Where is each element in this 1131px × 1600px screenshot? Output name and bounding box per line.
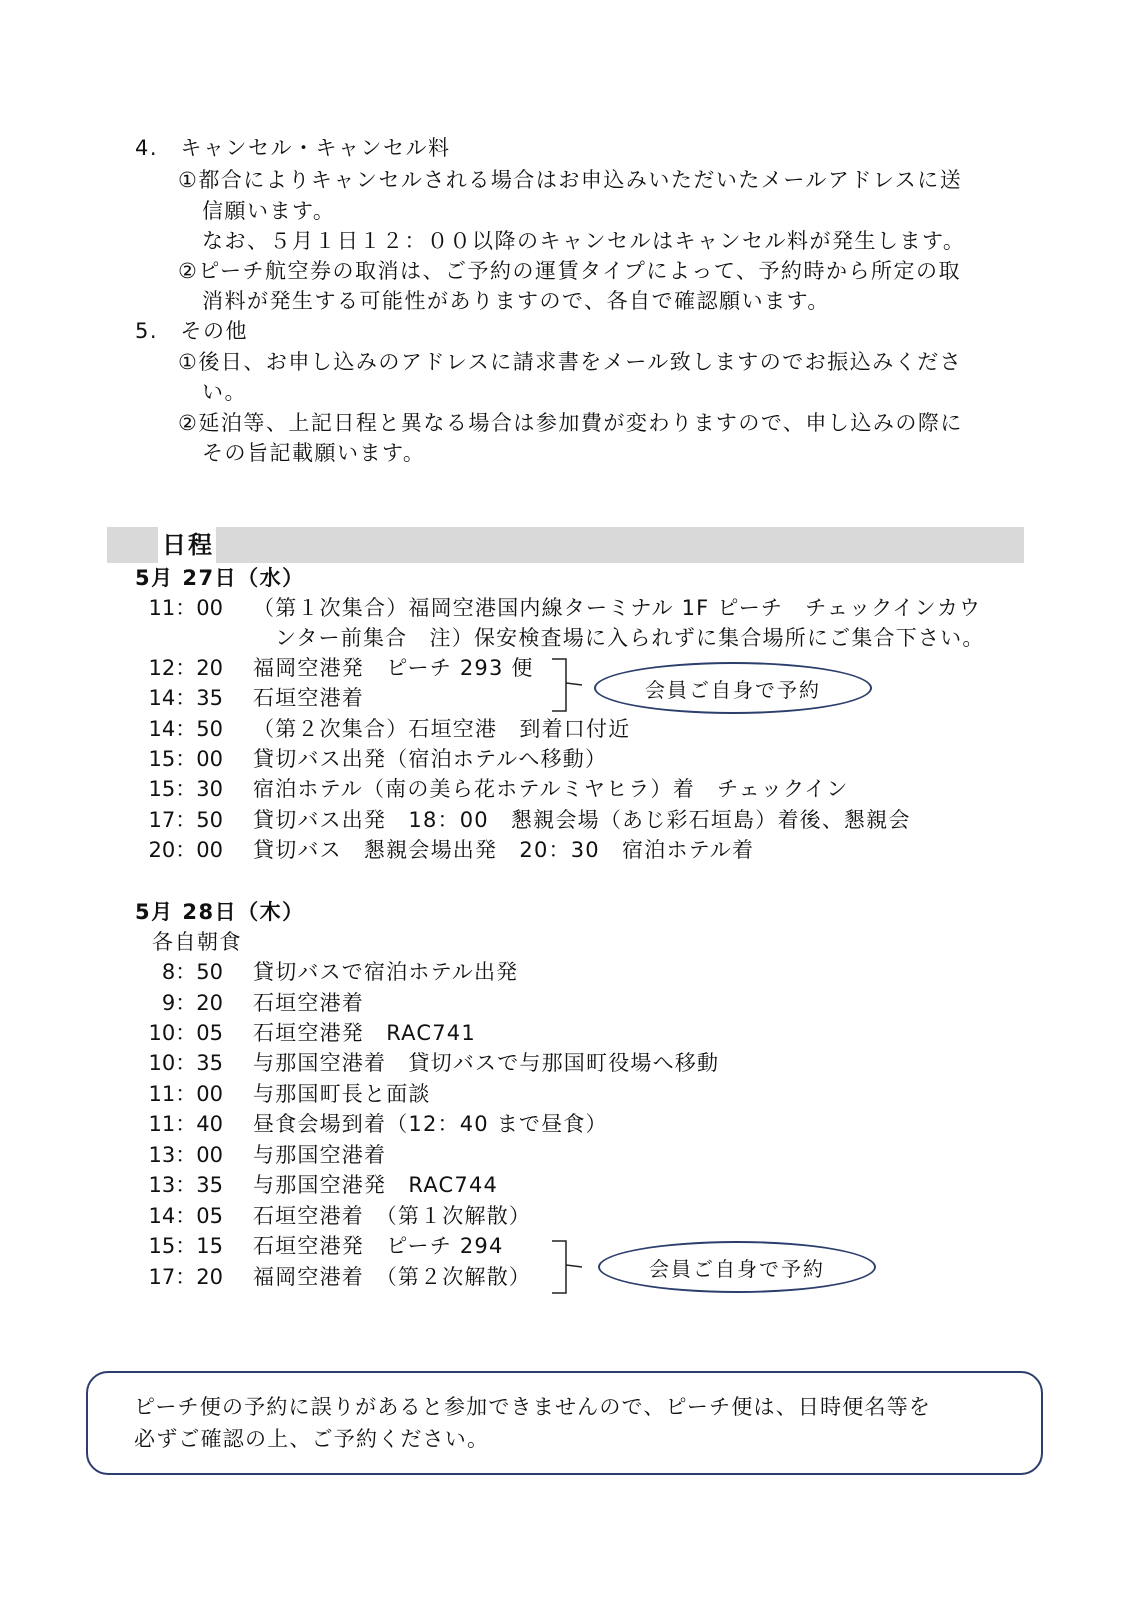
day-2-time: 9：20 [145,988,223,1018]
day-1-desc: 宿泊ホテル（南の美ら花ホテルミヤヒラ）着 チェックイン [253,774,849,804]
day-2-time: 11：00 [145,1079,223,1109]
section-5-item-2-cont: その旨記載願います。 [202,438,425,468]
day-2-time: 13：35 [145,1170,223,1200]
day-1-time: 14：50 [145,714,223,744]
day-2-time: 14：05 [145,1201,223,1231]
day-1-time: 15：00 [145,744,223,774]
brace-icon [548,1238,588,1296]
day-2-desc: 石垣空港着 （第１次解散） [253,1201,531,1231]
day-2-time: 10：05 [145,1018,223,1048]
notice-line-1: ピーチ便の予約に誤りがあると参加できませんので、ピーチ便は、日時便名等を [134,1391,931,1423]
day-2-desc: 福岡空港着 （第２次解散） [253,1262,531,1292]
day-1-date: 5月 27日（水） [135,563,305,593]
day-1-desc-cont: ンター前集合 注）保安検査場に入られずに集合場所にご集合下さい。 [275,623,985,653]
day-2-desc: 与那国空港着 [253,1140,386,1170]
day-1-desc: 石垣空港着 [253,683,364,713]
day-2-desc: 与那国町長と面談 [253,1079,431,1109]
section-5-title: 5. その他 [135,316,248,346]
day-1-desc: 貸切バス 懇親会場出発 20：30 宿泊ホテル着 [253,835,754,865]
section-5-item-1-cont: い。 [202,377,247,407]
section-4-item-1: ①都合によりキャンセルされる場合はお申込みいただいたメールアドレスに送 [178,165,962,195]
day-2-time: 13：00 [145,1140,223,1170]
day-2-desc: 石垣空港着 [253,988,364,1018]
section-4-title: 4. キャンセル・キャンセル料 [135,133,451,163]
day-1-desc: 貸切バス出発 18：00 懇親会場（あじ彩石垣島）着後、懇親会 [253,805,911,835]
day-1-desc: 福岡空港発 ピーチ 293 便 [253,653,534,683]
notice-box: ピーチ便の予約に誤りがあると参加できませんので、ピーチ便は、日時便名等を 必ずご… [86,1371,1043,1475]
day-2-time: 8：50 [145,957,223,987]
day-2-time: 15：15 [145,1231,223,1261]
day-2-time: 11：40 [145,1109,223,1139]
section-5-item-2: ②延泊等、上記日程と異なる場合は参加費が変わりますので、申し込みの際に [178,408,963,438]
schedule-heading: 日程 [162,528,214,562]
notice-line-2: 必ずご確認の上、ご予約ください。 [134,1423,489,1455]
day-2-desc: 石垣空港発 ピーチ 294 [253,1231,504,1261]
self-booking-callout: 会員ご自身で予約 [594,662,872,714]
day-2-note: 各自朝食 [152,927,242,957]
day-2-desc: 与那国空港発 RAC744 [253,1170,498,1200]
day-1-time: 14：35 [145,683,223,713]
day-1-time: 15：30 [145,774,223,804]
section-4-item-1-note: なお、５月１日１２：００以降のキャンセルはキャンセル料が発生します。 [202,226,965,256]
day-2-desc: 貸切バスで宿泊ホテル出発 [253,957,518,987]
day-1-time: 12：20 [145,653,223,683]
day-2-date: 5月 28日（木） [135,897,305,927]
day-1-time: 17：50 [145,805,223,835]
brace-icon [548,656,588,714]
day-1-desc: 貸切バス出発（宿泊ホテルへ移動） [253,744,607,774]
day-1-time: 20：00 [145,835,223,865]
schedule-heading-bar [107,527,1024,563]
day-1-desc: （第１次集合）福岡空港国内線ターミナル 1F ピーチ チェックインカウ [253,593,981,623]
day-1-time: 11：00 [145,593,223,623]
day-2-time: 10：35 [145,1048,223,1078]
day-1-desc: （第２次集合）石垣空港 到着口付近 [253,714,630,744]
section-4-item-2-cont: 消料が発生する可能性がありますので、各自で確認願います。 [202,286,830,316]
section-5-item-1: ①後日、お申し込みのアドレスに請求書をメール致しますのでお振込みくださ [178,347,962,377]
day-2-time: 17：20 [145,1262,223,1292]
day-2-desc: 与那国空港着 貸切バスで与那国町役場へ移動 [253,1048,719,1078]
day-2-desc: 昼食会場到着（12：40 まで昼食） [253,1109,608,1139]
day-2-desc: 石垣空港発 RAC741 [253,1018,476,1048]
section-4-item-1-cont: 信願います。 [202,196,335,226]
section-4-item-2: ②ピーチ航空券の取消は、ご予約の運賃タイプによって、予約時から所定の取 [178,256,961,286]
self-booking-callout: 会員ご自身で予約 [598,1241,876,1293]
